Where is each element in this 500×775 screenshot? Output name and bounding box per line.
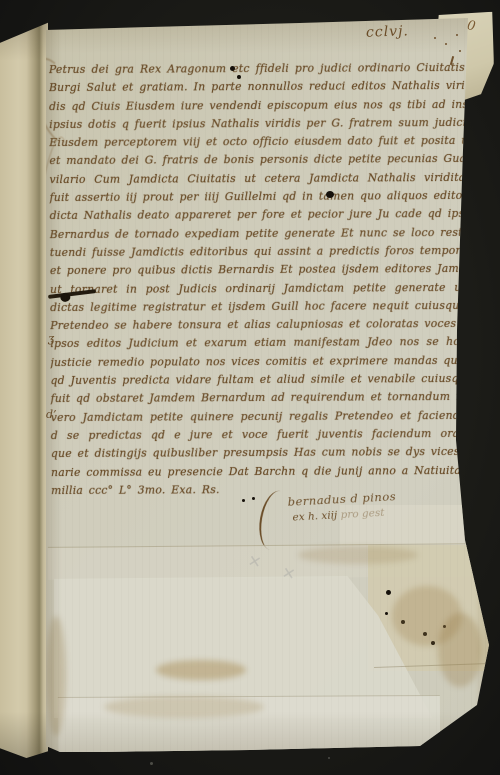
bleedthrough-cross: ✕ bbox=[246, 551, 263, 572]
manuscript-line: Burgi Salut et gratiam. In parte nonnull… bbox=[49, 77, 465, 97]
ink-speck bbox=[252, 497, 255, 500]
manuscript-line: que et distingijs quibusliber presumpsis… bbox=[51, 443, 467, 463]
manuscript-line: et mandato dei G. fratris de bonis perso… bbox=[49, 150, 465, 170]
ink-blot bbox=[326, 191, 334, 198]
manuscript-line: d se predictas qd e jure et voce fuerit … bbox=[51, 425, 467, 445]
marginal-mark: ʒ bbox=[48, 332, 54, 345]
binding-gutter-page-edge bbox=[0, 16, 48, 764]
manuscript-line: vero Jamdictam petite quinere pecunij re… bbox=[51, 407, 467, 427]
pen-tick bbox=[445, 43, 447, 45]
manuscript-line: justicie remedio populato nos vices comi… bbox=[50, 352, 466, 372]
signature-block: bernadus d pinos ex h. xiij pro gest bbox=[287, 489, 397, 524]
stain bbox=[298, 546, 418, 564]
ink-speck bbox=[230, 66, 235, 71]
pen-tick bbox=[459, 50, 461, 52]
manuscript-dating-line: millia ccc° L° 3mo. Exa. Rs. bbox=[51, 480, 467, 500]
dust-speck bbox=[328, 757, 330, 759]
manuscript-line: tuendi fuisse Jamdictis editoribus qui a… bbox=[50, 242, 466, 262]
pen-tick bbox=[456, 34, 458, 36]
marginal-mark: d’ bbox=[46, 408, 57, 421]
manuscript-photo: 30 cclvj. Petrus dei gra Rex Aragonum et… bbox=[0, 0, 500, 775]
manuscript-line: dis qd Ciuis Eiusdem iure vendendi episc… bbox=[49, 96, 465, 116]
manuscript-line: narie commissa eu presencie Dat Barchn q… bbox=[51, 461, 467, 481]
worm-hole bbox=[386, 590, 391, 595]
repair-patch bbox=[54, 576, 440, 718]
manuscript-line: ipsius dotis q fuerit ipsius Nathalis vi… bbox=[49, 114, 465, 134]
manuscript-line: Bernardus de tornado expediam petite gen… bbox=[50, 224, 466, 244]
folio-number: cclvj. bbox=[366, 23, 409, 40]
manuscript-line: fuit qd obstaret Jamdem Bernardum ad req… bbox=[51, 388, 467, 408]
dust-speck bbox=[150, 762, 153, 765]
bleedthrough-cross: ✕ bbox=[280, 563, 297, 584]
pen-tick bbox=[434, 37, 436, 39]
charter-text-block: Petrus dei gra Rex Aragonum etc ffideli … bbox=[49, 59, 467, 500]
signature-note: ex h. xiij pro gest bbox=[292, 506, 397, 523]
ink-speck bbox=[242, 499, 245, 502]
manuscript-line: Petrus dei gra Rex Aragonum etc ffideli … bbox=[49, 59, 465, 79]
manuscript-line: Pretendeo se habere tonsura et alias cal… bbox=[50, 315, 466, 335]
stain bbox=[46, 616, 66, 736]
manuscript-line: ipsos editos Judicium et exarum etiam ma… bbox=[50, 333, 466, 353]
manuscript-line: et ponere pro quibus dictis Bernardis Et… bbox=[50, 260, 466, 280]
worm-hole bbox=[385, 612, 388, 615]
stain bbox=[438, 613, 482, 687]
stain bbox=[156, 660, 246, 680]
manuscript-line: vilario Cum Jamdicta Ciuitatis ut cetera… bbox=[49, 169, 465, 189]
manuscript-line: dicta Nathalis deato appareret per fore … bbox=[50, 205, 466, 225]
stain bbox=[104, 696, 264, 718]
manuscript-page: cclvj. Petrus dei gra Rex Aragonum etc f… bbox=[44, 16, 492, 756]
manuscript-line: fuit assertio iij prout per iiij Guillel… bbox=[50, 187, 466, 207]
manuscript-line: dictas legitime registratur et ijsdem Gu… bbox=[50, 297, 466, 317]
manuscript-line: qd Juventis predicta vidare fultam et al… bbox=[50, 370, 466, 390]
manuscript-line: Eiusdem perceptorem viij et octo officio… bbox=[49, 132, 465, 152]
manuscript-line: ut tornaret in post Judicis ordinarij Ja… bbox=[50, 278, 466, 298]
ink-speck bbox=[237, 75, 241, 79]
